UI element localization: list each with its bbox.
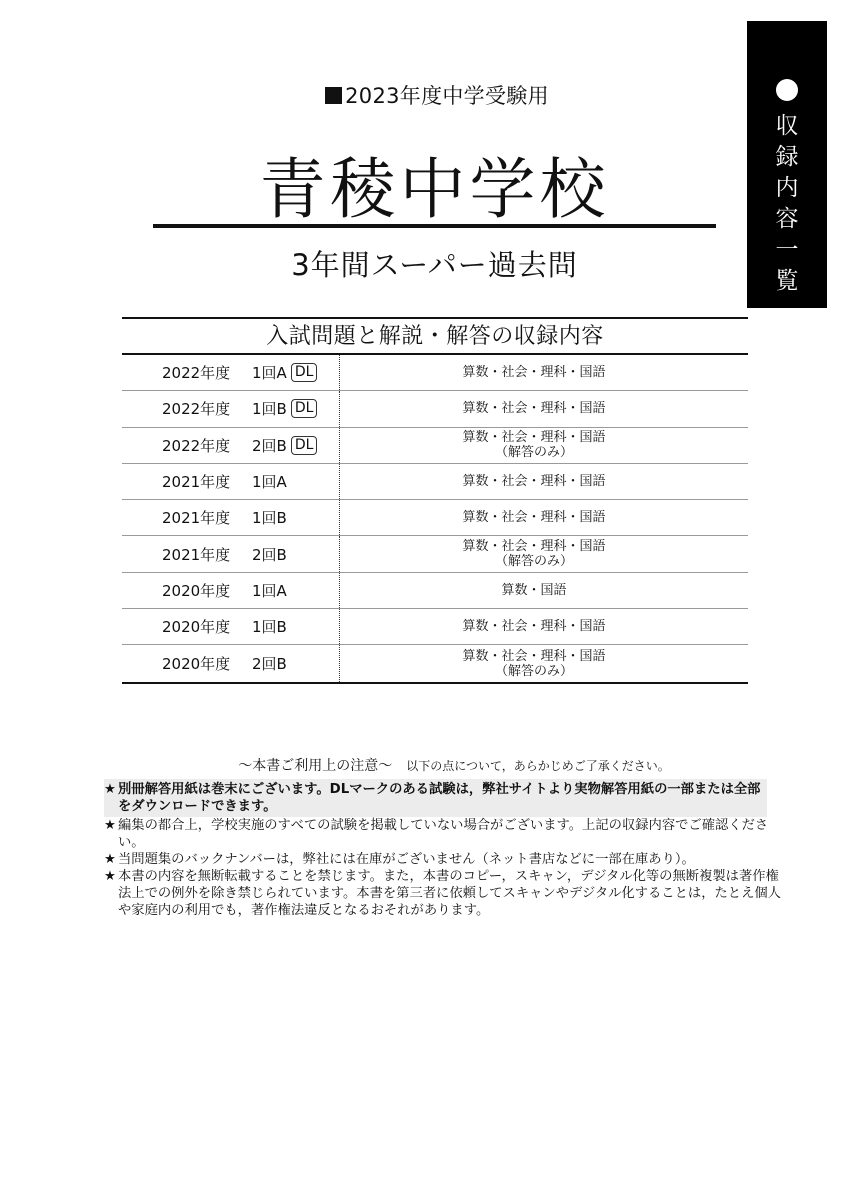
exam-round-label: 1回A <box>252 362 287 383</box>
notices-heading: ～本書ご利用上の注意～ <box>238 758 392 774</box>
table-row: 2021年度2回B算数・社会・理科・国語（解答のみ） <box>122 536 748 572</box>
exam-cell: 2020年度1回A <box>122 573 340 608</box>
subjects-cell: 算数・社会・理科・国語 <box>340 619 748 634</box>
notice-item: ★当問題集のバックナンバーは，弊社には在庫がございません（ネット書店などに一部在… <box>104 851 784 868</box>
exam-cell: 2022年度1回BDL <box>122 391 340 426</box>
star-icon: ★ <box>104 851 118 868</box>
subjects-list: 算数・社会・理科・国語 <box>340 649 728 664</box>
contents-table-body: 2022年度1回ADL算数・社会・理科・国語2022年度1回BDL算数・社会・理… <box>122 355 748 682</box>
exam-year: 2021年度 <box>162 471 252 492</box>
exam-round-label: 1回B <box>252 398 287 419</box>
table-row: 2022年度1回BDL算数・社会・理科・国語 <box>122 391 748 427</box>
exam-round-label: 1回A <box>252 580 287 601</box>
subjects-cell: 算数・社会・理科・国語 <box>340 474 748 489</box>
notice-text: 編集の都合上，学校実施のすべての試験を掲載していない場合がございます。上記の収録… <box>118 817 784 851</box>
subjects-list: 算数・社会・理科・国語 <box>340 430 728 445</box>
table-row: 2022年度1回ADL算数・社会・理科・国語 <box>122 355 748 391</box>
exam-round: 1回A <box>252 580 287 601</box>
table-row: 2020年度2回B算数・社会・理科・国語（解答のみ） <box>122 645 748 681</box>
subjects-list: 算数・社会・理科・国語 <box>340 510 728 525</box>
subjects-cell: 算数・社会・理科・国語（解答のみ） <box>340 539 748 569</box>
exam-year: 2020年度 <box>162 580 252 601</box>
answers-only-note: （解答のみ） <box>340 445 728 460</box>
subjects-cell: 算数・社会・理科・国語 <box>340 510 748 525</box>
table-row: 2020年度1回B算数・社会・理科・国語 <box>122 609 748 645</box>
subjects-list: 算数・国語 <box>340 583 728 598</box>
notices-subheading: 以下の点について，あらかじめご了承ください。 <box>406 759 670 773</box>
title-divider <box>153 224 716 228</box>
book-subtitle: 3年間スーパー過去問 <box>0 243 849 284</box>
exam-year: 2021年度 <box>162 507 252 528</box>
exam-year: 2020年度 <box>162 616 252 637</box>
exam-year: 2022年度 <box>162 362 252 383</box>
answers-only-note: （解答のみ） <box>340 554 728 569</box>
notice-text: 本書の内容を無断転載することを禁じます。また，本書のコピー，スキャン，デジタル化… <box>118 868 784 919</box>
subjects-cell: 算数・社会・理科・国語 <box>340 365 748 380</box>
exam-year: 2022年度 <box>162 398 252 419</box>
subjects-cell: 算数・社会・理科・国語 <box>340 401 748 416</box>
table-row: 2021年度1回B算数・社会・理科・国語 <box>122 500 748 536</box>
exam-year-text: 2023年度中学受験用 <box>345 84 549 108</box>
exam-round: 2回BDL <box>252 435 317 456</box>
subjects-list: 算数・社会・理科・国語 <box>340 401 728 416</box>
exam-round-label: 1回A <box>252 471 287 492</box>
notices-title: ～本書ご利用上の注意～以下の点について，あらかじめご了承ください。 <box>104 758 784 775</box>
exam-year: 2022年度 <box>162 435 252 456</box>
exam-round: 1回A <box>252 471 287 492</box>
exam-cell: 2021年度1回B <box>122 500 340 535</box>
notice-item: ★別冊解答用紙は巻末にございます。DLマークのある試験は，弊社サイトより実物解答… <box>104 779 767 817</box>
exam-year-label: 2023年度中学受験用 <box>0 80 849 110</box>
subjects-list: 算数・社会・理科・国語 <box>340 474 728 489</box>
dl-badge: DL <box>291 363 318 382</box>
subjects-cell: 算数・社会・理科・国語（解答のみ） <box>340 430 748 460</box>
notice-item: ★編集の都合上，学校実施のすべての試験を掲載していない場合がございます。上記の収… <box>104 817 784 851</box>
table-row: 2020年度1回A算数・国語 <box>122 573 748 609</box>
exam-round: 2回B <box>252 653 287 674</box>
notice-list: ★別冊解答用紙は巻末にございます。DLマークのある試験は，弊社サイトより実物解答… <box>104 779 784 919</box>
exam-round-label: 2回B <box>252 544 287 565</box>
star-icon: ★ <box>104 781 118 815</box>
exam-cell: 2021年度1回A <box>122 464 340 499</box>
exam-round: 2回B <box>252 544 287 565</box>
subjects-cell: 算数・国語 <box>340 583 748 598</box>
notice-text: 別冊解答用紙は巻末にございます。DLマークのある試験は，弊社サイトより実物解答用… <box>118 781 767 815</box>
subjects-list: 算数・社会・理科・国語 <box>340 619 728 634</box>
contents-table: 入試問題と解説・解答の収録内容 2022年度1回ADL算数・社会・理科・国語20… <box>122 317 748 684</box>
exam-round: 1回B <box>252 507 287 528</box>
exam-round: 1回B <box>252 616 287 637</box>
exam-round: 1回BDL <box>252 398 317 419</box>
star-icon: ★ <box>104 868 118 919</box>
exam-round-label: 1回B <box>252 507 287 528</box>
exam-cell: 2021年度2回B <box>122 536 340 571</box>
contents-table-heading: 入試問題と解説・解答の収録内容 <box>122 319 748 355</box>
school-title: 青稜中学校 <box>0 136 849 231</box>
exam-cell: 2020年度2回B <box>122 645 340 681</box>
star-icon: ★ <box>104 817 118 851</box>
subjects-list: 算数・社会・理科・国語 <box>340 365 728 380</box>
exam-round-label: 2回B <box>252 653 287 674</box>
usage-notices: ～本書ご利用上の注意～以下の点について，あらかじめご了承ください。 ★別冊解答用… <box>104 758 784 919</box>
table-row: 2021年度1回A算数・社会・理科・国語 <box>122 464 748 500</box>
black-square-icon <box>325 87 342 104</box>
dl-badge: DL <box>291 399 318 418</box>
exam-year: 2021年度 <box>162 544 252 565</box>
subjects-list: 算数・社会・理科・国語 <box>340 539 728 554</box>
exam-round: 1回ADL <box>252 362 317 383</box>
exam-cell: 2022年度1回ADL <box>122 355 340 390</box>
exam-round-label: 1回B <box>252 616 287 637</box>
exam-cell: 2020年度1回B <box>122 609 340 644</box>
table-row: 2022年度2回BDL算数・社会・理科・国語（解答のみ） <box>122 428 748 464</box>
notice-item: ★本書の内容を無断転載することを禁じます。また，本書のコピー，スキャン，デジタル… <box>104 868 784 919</box>
exam-cell: 2022年度2回BDL <box>122 428 340 463</box>
notice-text: 当問題集のバックナンバーは，弊社には在庫がございません（ネット書店などに一部在庫… <box>118 851 784 868</box>
exam-round-label: 2回B <box>252 435 287 456</box>
dl-badge: DL <box>291 436 318 455</box>
exam-year: 2020年度 <box>162 653 252 674</box>
answers-only-note: （解答のみ） <box>340 664 728 679</box>
subjects-cell: 算数・社会・理科・国語（解答のみ） <box>340 649 748 679</box>
